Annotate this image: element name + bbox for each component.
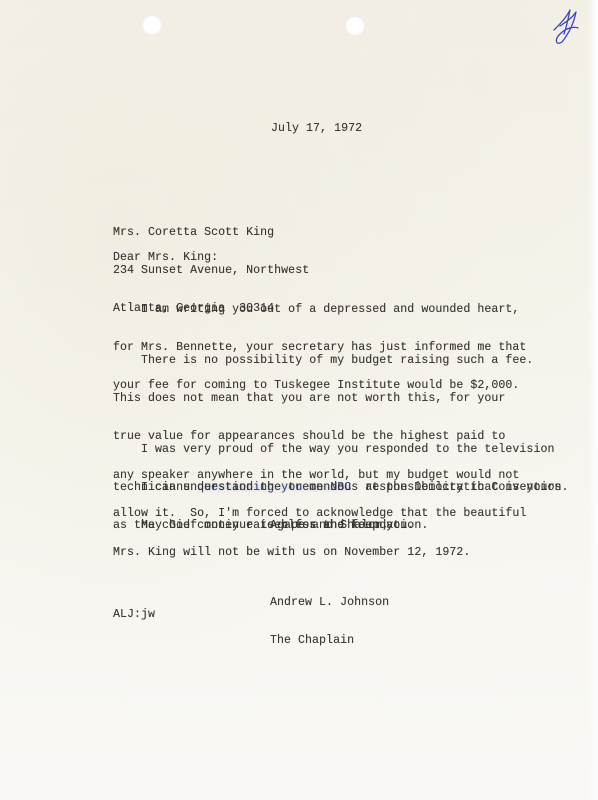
paragraph-line: This does not mean that you are not wort… [113,393,533,406]
punch-hole [142,15,162,35]
reference-initials: ALJ:jw [113,609,155,622]
salutation: Dear Mrs. King: [113,252,218,265]
letter-page: July 17, 1972 Mrs. Coretta Scott King 23… [0,0,598,800]
recipient-name: Mrs. Coretta Scott King [113,227,309,240]
paragraph-line: I am writing you out of a depressed and … [113,304,526,317]
paragraph-line: I can understand the tremendous responsi… [113,482,561,495]
complimentary-closing: Agape and Shalom, [270,520,389,533]
recipient-street: 234 Sunset Avenue, Northwest [113,265,309,278]
handwritten-initials-icon [548,4,584,46]
signer-title: The Chaplain [270,635,389,648]
page-edge [588,0,598,800]
letter-date: July 17, 1972 [271,123,362,136]
signature-block: Andrew L. Johnson The Chaplain [270,571,389,673]
signer-name: Andrew L. Johnson [270,597,389,610]
paragraph-line: There is no possibility of my budget rai… [113,355,533,368]
paragraph-line: I was very proud of the way you responde… [113,444,569,457]
punch-hole [345,16,365,36]
